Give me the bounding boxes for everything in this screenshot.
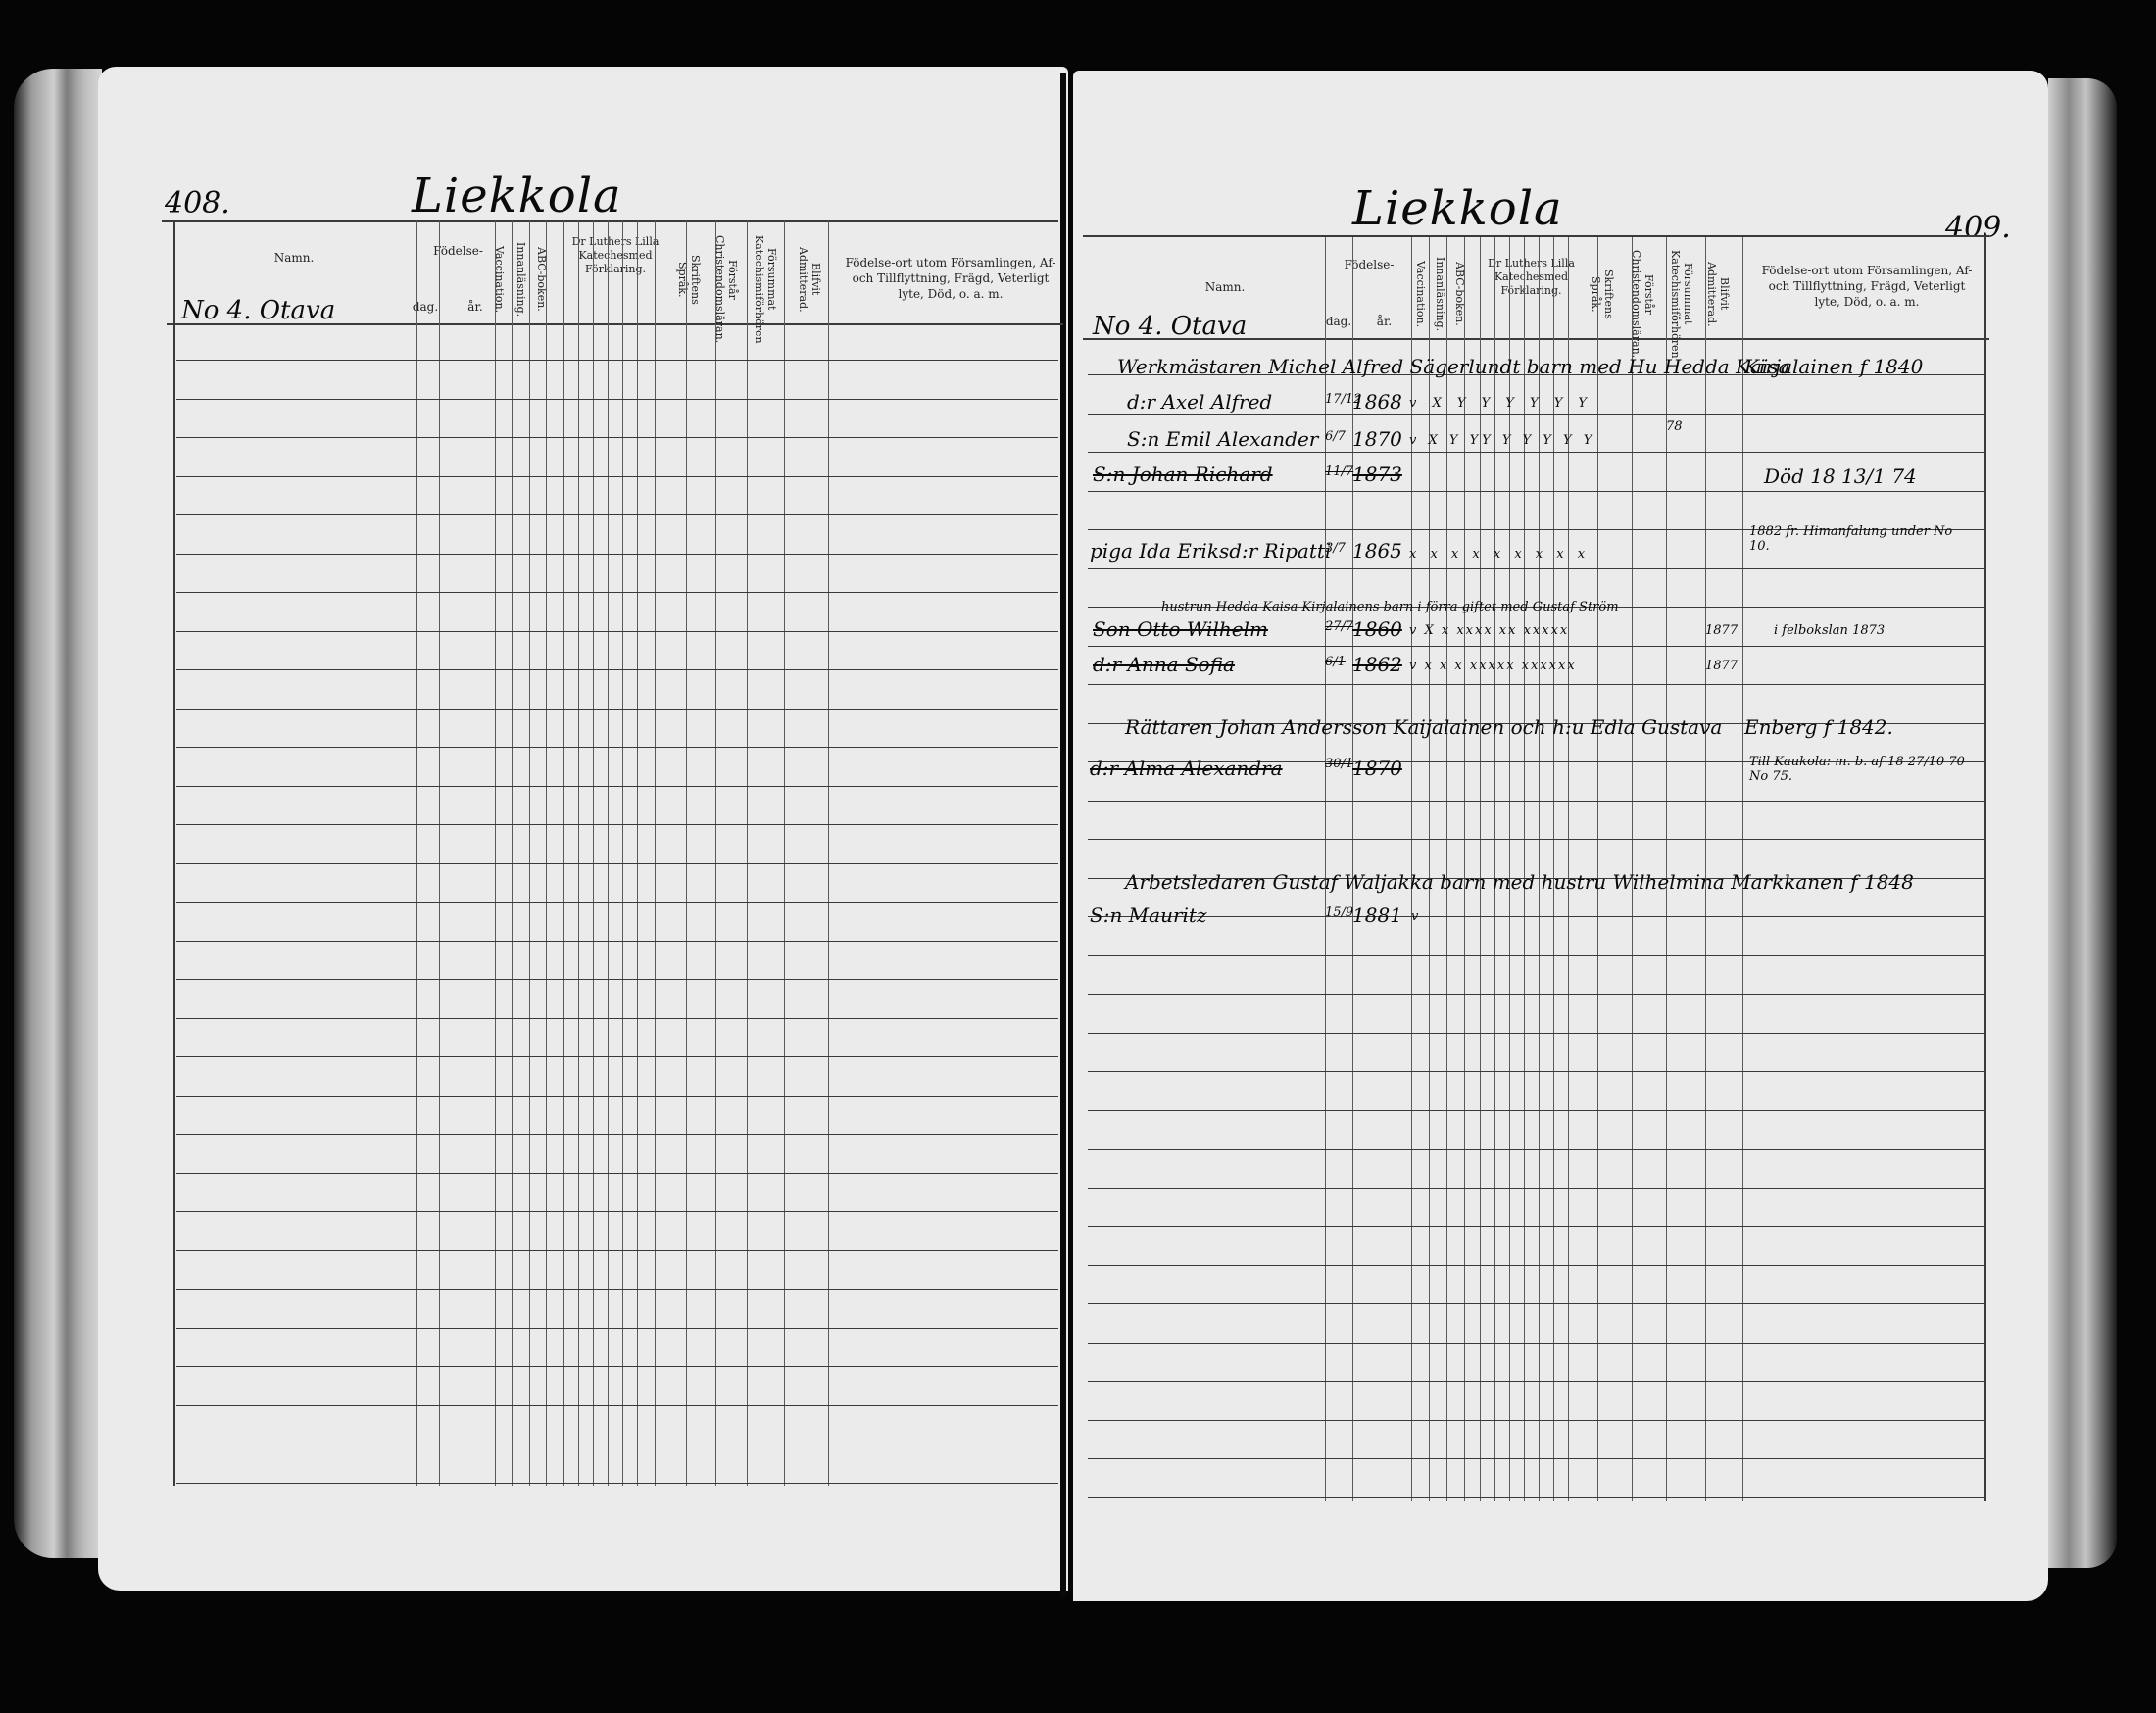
rule-line	[176, 941, 1058, 942]
rule-line	[1088, 994, 1984, 995]
entry-birth-year: 1870	[1352, 427, 1402, 451]
left-village-title: Liekkola	[412, 169, 622, 223]
entry-name: S:n Mauritz	[1090, 904, 1207, 927]
entry-birth-day: 30/1	[1325, 757, 1353, 771]
book-gutter	[1060, 73, 1066, 1597]
rule-line	[1632, 237, 1633, 1501]
book-page-edges-left	[14, 69, 102, 1558]
entry-birth-year: 1881	[1352, 904, 1402, 927]
right-page-number: 409.	[1945, 211, 2011, 245]
rule-line	[176, 1018, 1058, 1019]
rule-line	[176, 360, 1058, 361]
rule-line	[1568, 237, 1569, 1501]
entry-name: S:n Johan Richard	[1093, 463, 1273, 486]
book-page-edges-right	[2048, 78, 2117, 1568]
rule-line	[495, 221, 496, 1486]
rule-line	[1088, 1033, 1984, 1034]
rule-line	[1480, 237, 1481, 1501]
rule-line	[176, 399, 1058, 400]
left-household-label: No 4. Otava	[181, 296, 335, 325]
col-header-skriftens: Skriftens Språk.	[686, 235, 702, 323]
rule-line	[1088, 1188, 1984, 1189]
left-page-number: 408.	[165, 186, 230, 220]
rule-line	[1539, 237, 1540, 1501]
entry-name: hustrun Hedda Kaisa Kirjalainens barn i …	[1161, 600, 1619, 614]
rule-line	[1494, 237, 1495, 1501]
rule-line	[747, 221, 748, 1486]
rule-line	[1088, 1458, 1984, 1459]
entry-remarks: Kirjalainen f 1840	[1744, 355, 1923, 378]
rule-line	[1325, 237, 1326, 1501]
rule-line	[416, 221, 417, 1486]
entry-name: Son Otto Wilhelm	[1093, 617, 1268, 641]
col-header-name: Namn.	[196, 250, 392, 266]
rule-line	[176, 747, 1058, 748]
rule-line	[176, 979, 1058, 980]
right-border	[1984, 237, 1986, 1501]
rule-line	[176, 554, 1058, 555]
rule-line	[1088, 916, 1984, 917]
rule-line	[655, 221, 656, 1486]
entry-name: d:r Alma Alexandra	[1090, 757, 1283, 780]
entry-name: S:n Emil Alexander	[1127, 427, 1318, 451]
entry-name: Rättaren Johan Andersson Kaijalainen och…	[1125, 715, 1722, 739]
rule-line	[176, 786, 1058, 787]
rule-line	[546, 221, 547, 1486]
entry-marks: v	[1411, 909, 1418, 924]
entry-birth-day: 27/7	[1325, 619, 1353, 634]
rule-line	[1742, 237, 1743, 1501]
top-rule	[1083, 235, 1989, 237]
rule-line	[563, 221, 564, 1486]
rule-line	[1597, 237, 1598, 1501]
rule-line	[1088, 1226, 1984, 1227]
rule-line	[1088, 684, 1984, 685]
rule-line	[176, 709, 1058, 710]
col-header-birth: Födelse-	[1325, 257, 1413, 272]
rule-line	[512, 221, 513, 1486]
rule-line	[176, 1328, 1058, 1329]
rule-line	[1509, 237, 1510, 1501]
rule-line	[176, 476, 1058, 477]
rule-line	[1088, 1497, 1984, 1498]
col-header-innanlasning: Innanläsning.	[512, 235, 527, 323]
rule-line	[176, 1211, 1058, 1212]
rule-line	[1705, 237, 1706, 1501]
rule-line	[1524, 237, 1525, 1501]
right-household-label: No 4. Otava	[1093, 312, 1247, 341]
entry-birth-year: 1865	[1352, 539, 1402, 563]
entry-birth-day: 3/7	[1325, 541, 1346, 556]
rule-line	[1088, 1110, 1984, 1111]
col-header-admitterad: Blifvit Admitterad.	[1707, 250, 1731, 338]
entry-marks: v X Y YY Y Y Y Y Y	[1409, 433, 1595, 448]
rule-line	[176, 631, 1058, 632]
col-header-forsummat: Försummat Katechismiförhören	[755, 235, 778, 323]
rule-line	[176, 1483, 1058, 1484]
rule-line	[1088, 955, 1984, 956]
rule-line	[176, 437, 1058, 438]
entry-birth-year: 1868	[1352, 390, 1402, 414]
rule-line	[686, 221, 687, 1486]
col-header-catechism: Dr Luthers Lilla Katechesmed Förklaring.	[1470, 257, 1592, 298]
entry-name: Werkmästaren Michel Alfred Sägerlundt ba…	[1117, 355, 1790, 378]
entry-birth-year: 1873	[1352, 463, 1402, 486]
col-header-forstar: Förstår Christendomsläran.	[1632, 250, 1655, 338]
rule-line	[715, 221, 716, 1486]
rule-line	[176, 514, 1058, 515]
entry-remarks: Död 18 13/1 74	[1764, 465, 1917, 488]
rule-line	[1088, 452, 1984, 453]
rule-line	[1088, 1343, 1984, 1344]
rule-line	[439, 221, 440, 1486]
right-village-title: Liekkola	[1352, 181, 1563, 236]
rule-line	[1429, 237, 1430, 1501]
col-header-remarks: Födelse-ort utom Församlingen, Af- och T…	[1754, 263, 1980, 310]
rule-line	[608, 221, 609, 1486]
entry-name: d:r Anna Sofia	[1093, 653, 1235, 676]
col-header-name: Namn.	[1127, 279, 1323, 295]
col-header-remarks: Födelse-ort utom Församlingen, Af- och T…	[843, 255, 1058, 302]
rule-line	[176, 824, 1058, 825]
entry-remarks: 1882 fr. Himanfalung under No 10.	[1749, 524, 1965, 554]
col-header-forstar: Förstår Christendomsläran.	[715, 235, 739, 323]
rule-line	[176, 669, 1058, 670]
rule-line	[593, 221, 594, 1486]
rule-line	[1088, 646, 1984, 647]
rule-line	[176, 1289, 1058, 1290]
rule-line	[176, 1444, 1058, 1444]
col-header-forsummat: Försummat Katechismiförhören	[1671, 250, 1694, 338]
rule-line	[637, 221, 638, 1486]
col-header-catechism: Dr Luthers Lilla Katechesmed Förklaring.	[552, 235, 679, 276]
rule-line	[176, 1056, 1058, 1057]
rule-line	[1088, 568, 1984, 569]
rule-line	[1088, 839, 1984, 840]
entry-marks: v X Y Y Y Y Y Y	[1409, 396, 1592, 411]
rule-line	[1088, 491, 1984, 492]
entry-name: Arbetsledaren Gustaf Waljakka barn med h…	[1125, 870, 1914, 894]
rule-line	[1088, 1071, 1984, 1072]
entry-birth-day: 6/7	[1325, 429, 1346, 444]
rule-line	[176, 1134, 1058, 1135]
entry-admitterad: 1877	[1705, 659, 1738, 673]
entry-birth-year: 1860	[1352, 617, 1402, 641]
entry-birth-year: 1862	[1352, 653, 1402, 676]
rule-line	[784, 221, 785, 1486]
col-header-vaccination: Vaccination.	[490, 235, 506, 323]
entry-remarks: i felbokslan 1873	[1774, 623, 1885, 638]
entry-marks: v x x x xxxxx xxxxxx	[1409, 659, 1577, 673]
rule-line	[529, 221, 530, 1486]
entry-birth-year: 1870	[1352, 757, 1402, 780]
rule-line	[176, 592, 1058, 593]
rule-line	[1446, 237, 1447, 1501]
entry-birth-day: 6/1	[1325, 655, 1346, 669]
entry-marks: x x x x x x x x x	[1409, 547, 1590, 562]
rule-line	[176, 1366, 1058, 1367]
rule-line	[176, 1096, 1058, 1097]
entry-remarks: Till Kaukola: m. b. af 18 27/10 70 No 75…	[1749, 755, 1965, 784]
rule-line	[1553, 237, 1554, 1501]
rule-line	[1411, 237, 1412, 1501]
entry-birth-day: 11/7	[1325, 465, 1353, 479]
col-header-day: dag.	[1325, 314, 1352, 329]
rule-line	[1088, 1303, 1984, 1304]
rule-line	[176, 1173, 1058, 1174]
col-header-admitterad: Blifvit Admitterad.	[799, 235, 822, 323]
top-rule	[162, 220, 1058, 222]
rule-line	[176, 1250, 1058, 1251]
entry-admitterad: 1877	[1705, 623, 1738, 638]
entry-name: piga Ida Eriksd:r Ripatti	[1090, 539, 1331, 563]
rule-line	[1088, 1420, 1984, 1421]
col-header-vaccination: Vaccination.	[1411, 250, 1427, 338]
col-header-year: år.	[1357, 314, 1411, 329]
left-border	[173, 221, 175, 1486]
rule-line	[622, 221, 623, 1486]
col-header-innanlasning: Innanläsning.	[1431, 250, 1446, 338]
rule-line	[1464, 237, 1465, 1501]
entry-remarks: Enberg f 1842.	[1744, 715, 1893, 739]
rule-line	[1088, 801, 1984, 802]
rule-line	[176, 1405, 1058, 1406]
entry-birth-day: 15/9	[1325, 905, 1353, 920]
rule-line	[828, 221, 829, 1486]
col-header-skriftens: Skriftens Språk.	[1599, 250, 1615, 338]
rule-line	[578, 221, 579, 1486]
entry-marks: v X x xxxx xx xxxxx	[1409, 623, 1569, 638]
rule-line	[1088, 1149, 1984, 1150]
entry-name: d:r Axel Alfred	[1127, 390, 1272, 414]
rule-line	[176, 902, 1058, 903]
rule-line	[1088, 1265, 1984, 1266]
rule-line	[1088, 1381, 1984, 1382]
entry-forsummat: 78	[1666, 419, 1683, 434]
rule-line	[176, 863, 1058, 864]
